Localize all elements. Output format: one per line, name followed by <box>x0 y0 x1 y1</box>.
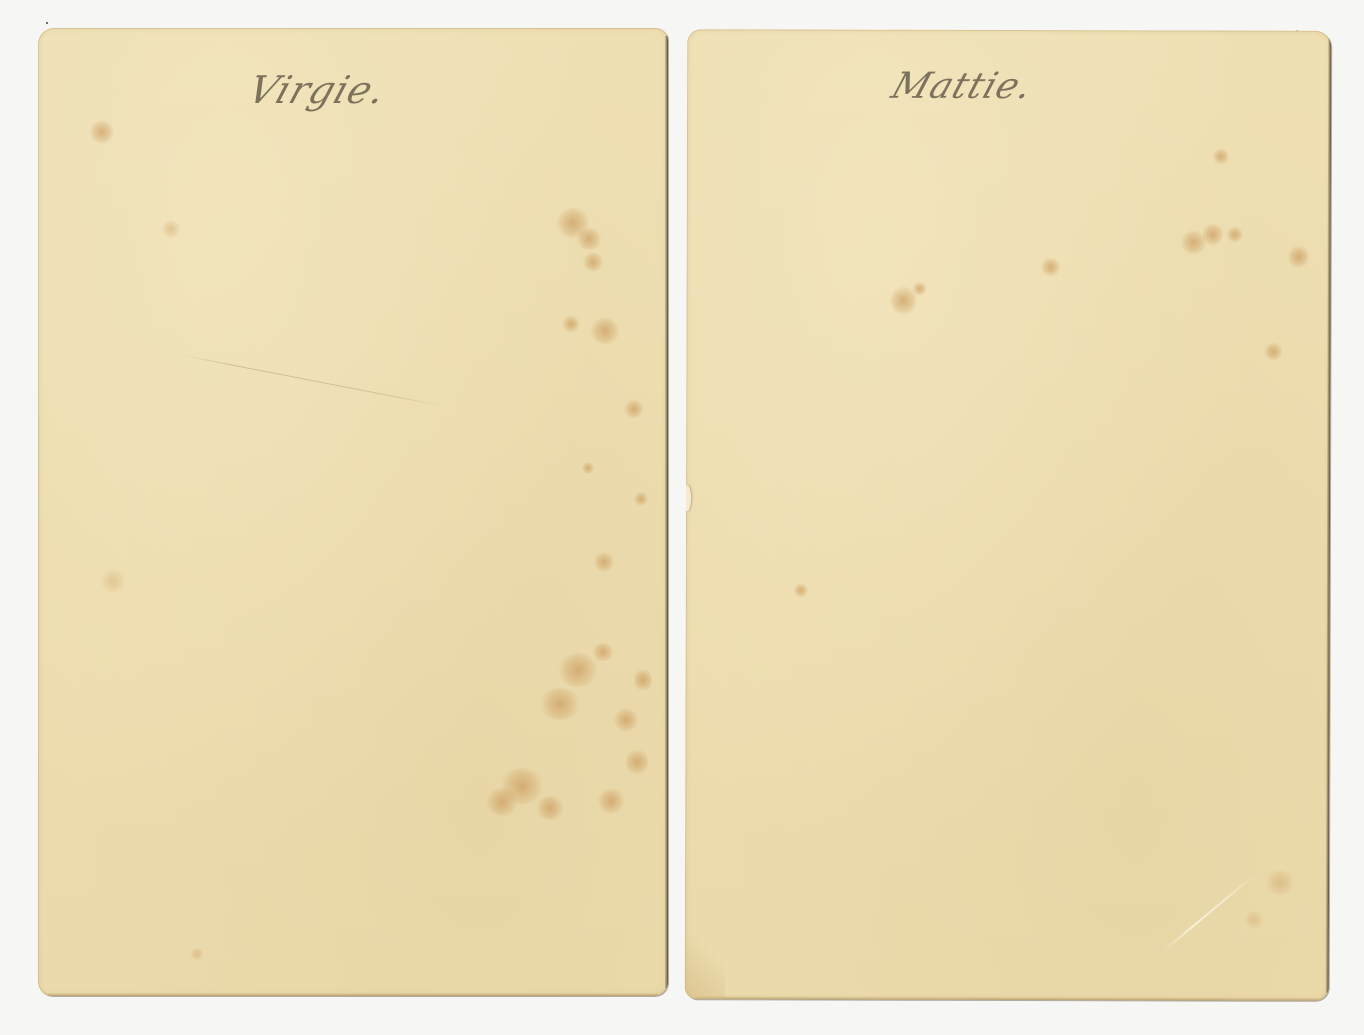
foxing-spot <box>1213 149 1229 165</box>
foxing-spot <box>1181 230 1207 254</box>
foxing-spot <box>556 208 590 238</box>
foxing-spot <box>562 316 580 332</box>
foxing-spot <box>1289 245 1309 269</box>
card-edge-right <box>665 36 668 988</box>
crease-mark <box>1162 874 1255 952</box>
foxing-spot <box>634 668 652 692</box>
foxing-spot <box>100 570 126 592</box>
card-edge-bottom <box>695 996 1319 1001</box>
foxing-spot <box>1245 911 1263 929</box>
foxing-spot <box>90 120 114 144</box>
foxing-spot <box>598 788 624 814</box>
card-virgie: Virgie. <box>38 28 668 996</box>
foxing-spot <box>590 318 620 344</box>
scratch-mark <box>178 354 443 407</box>
foxing-spot <box>891 286 917 316</box>
foxing-spot <box>794 583 808 597</box>
card-edge-right <box>1326 39 1331 993</box>
foxing-spot <box>1041 258 1061 276</box>
inscription-mattie: Mattie. <box>886 66 1038 107</box>
foxing-spot <box>500 768 544 804</box>
foxing-spot <box>594 552 614 572</box>
foxing-spot <box>583 252 603 272</box>
foxing-spot <box>162 220 180 238</box>
foxing-spot <box>1265 871 1295 895</box>
scan-speck <box>46 22 48 24</box>
foxing-spot <box>540 688 580 720</box>
foxing-spot <box>913 282 927 296</box>
foxing-spot <box>486 788 518 816</box>
foxing-spot <box>536 796 564 820</box>
foxing-spot <box>1203 223 1223 247</box>
foxing-spot <box>582 462 594 474</box>
foxing-spot <box>1264 343 1282 361</box>
foxing-spot <box>558 653 598 687</box>
foxing-spot <box>576 228 602 250</box>
foxing-spot <box>624 400 644 418</box>
edge-nick <box>685 485 691 511</box>
foxing-spot <box>614 708 638 732</box>
card-mattie: Mattie. <box>685 29 1332 1001</box>
foxing-spot <box>634 492 648 506</box>
inscription-virgie: Virgie. <box>243 68 392 112</box>
foxing-spot <box>1227 227 1243 243</box>
edge-wear <box>685 929 725 999</box>
foxing-spot <box>626 748 648 776</box>
card-edge-bottom <box>48 993 658 996</box>
foxing-spot <box>592 643 614 661</box>
foxing-spot <box>190 948 204 960</box>
